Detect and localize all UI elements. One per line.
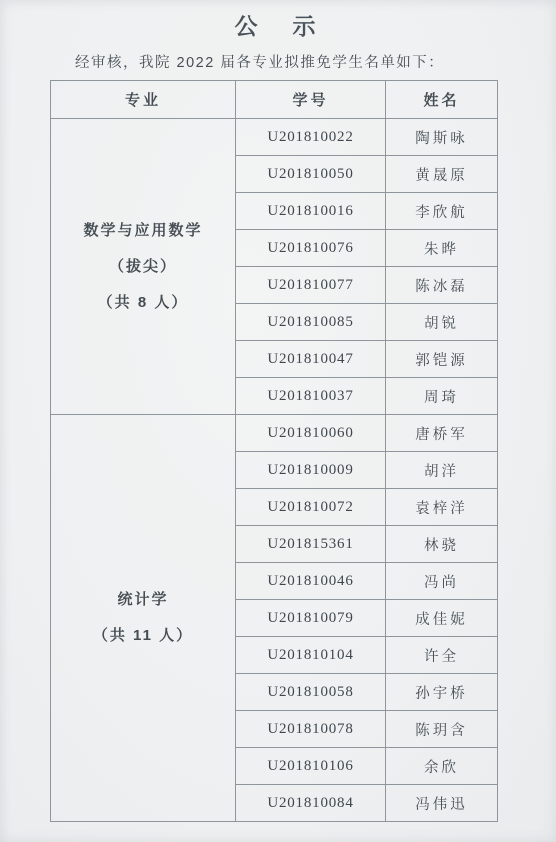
student-name-cell: 黄晟原: [386, 156, 498, 193]
student-id-cell: U201810106: [236, 748, 386, 785]
student-id-cell: U201810047: [236, 341, 386, 378]
table-row: 数学与应用数学（拔尖）（共 8 人）U201810022陶斯咏: [51, 119, 498, 156]
major-line: （拔尖）: [51, 249, 235, 285]
header-name: 姓名: [386, 81, 498, 119]
roster-table-body: 数学与应用数学（拔尖）（共 8 人）U201810022陶斯咏U20181005…: [51, 119, 498, 822]
student-name-cell: 成佳妮: [386, 600, 498, 637]
roster-table: 专业 学号 姓名 数学与应用数学（拔尖）（共 8 人）U201810022陶斯咏…: [50, 80, 498, 822]
student-id-cell: U201810076: [236, 230, 386, 267]
scanned-notice-page: { "page": { "title": "公 示", "intro": "经审…: [0, 0, 556, 842]
student-name-cell: 陈玥含: [386, 711, 498, 748]
major-line: （共 11 人）: [51, 618, 235, 654]
student-id-cell: U201810060: [236, 415, 386, 452]
roster-table-header: 专业 学号 姓名: [51, 81, 498, 119]
student-id-cell: U201810037: [236, 378, 386, 415]
student-id-cell: U201815361: [236, 526, 386, 563]
student-id-cell: U201810058: [236, 674, 386, 711]
student-name-cell: 陈冰磊: [386, 267, 498, 304]
student-name-cell: 朱晔: [386, 230, 498, 267]
major-line: 统计学: [51, 582, 235, 618]
student-name-cell: 孙宇桥: [386, 674, 498, 711]
student-id-cell: U201810084: [236, 785, 386, 822]
student-name-cell: 余欣: [386, 748, 498, 785]
student-name-cell: 周琦: [386, 378, 498, 415]
page-title: 公 示: [0, 8, 556, 41]
major-cell: 统计学（共 11 人）: [51, 415, 236, 822]
student-id-cell: U201810046: [236, 563, 386, 600]
header-student-id: 学号: [236, 81, 386, 119]
student-id-cell: U201810104: [236, 637, 386, 674]
student-name-cell: 冯伟迅: [386, 785, 498, 822]
student-name-cell: 李欣航: [386, 193, 498, 230]
student-name-cell: 唐桥军: [386, 415, 498, 452]
student-id-cell: U201810079: [236, 600, 386, 637]
student-id-cell: U201810072: [236, 489, 386, 526]
header-row: 专业 学号 姓名: [51, 81, 498, 119]
major-line: （共 8 人）: [51, 285, 235, 321]
student-name-cell: 陶斯咏: [386, 119, 498, 156]
student-id-cell: U201810077: [236, 267, 386, 304]
major-line: 数学与应用数学: [51, 213, 235, 249]
student-name-cell: 郭铠源: [386, 341, 498, 378]
student-name-cell: 胡锐: [386, 304, 498, 341]
student-name-cell: 袁梓洋: [386, 489, 498, 526]
student-id-cell: U201810085: [236, 304, 386, 341]
student-id-cell: U201810009: [236, 452, 386, 489]
student-name-cell: 林骁: [386, 526, 498, 563]
major-cell: 数学与应用数学（拔尖）（共 8 人）: [51, 119, 236, 415]
student-name-cell: 许全: [386, 637, 498, 674]
student-id-cell: U201810078: [236, 711, 386, 748]
student-name-cell: 胡洋: [386, 452, 498, 489]
student-name-cell: 冯尚: [386, 563, 498, 600]
student-id-cell: U201810050: [236, 156, 386, 193]
header-major: 专业: [51, 81, 236, 119]
student-id-cell: U201810016: [236, 193, 386, 230]
intro-text: 经审核，我院 2022 届各专业拟推免学生名单如下：: [75, 51, 444, 72]
student-id-cell: U201810022: [236, 119, 386, 156]
table-row: 统计学（共 11 人）U201810060唐桥军: [51, 415, 498, 452]
